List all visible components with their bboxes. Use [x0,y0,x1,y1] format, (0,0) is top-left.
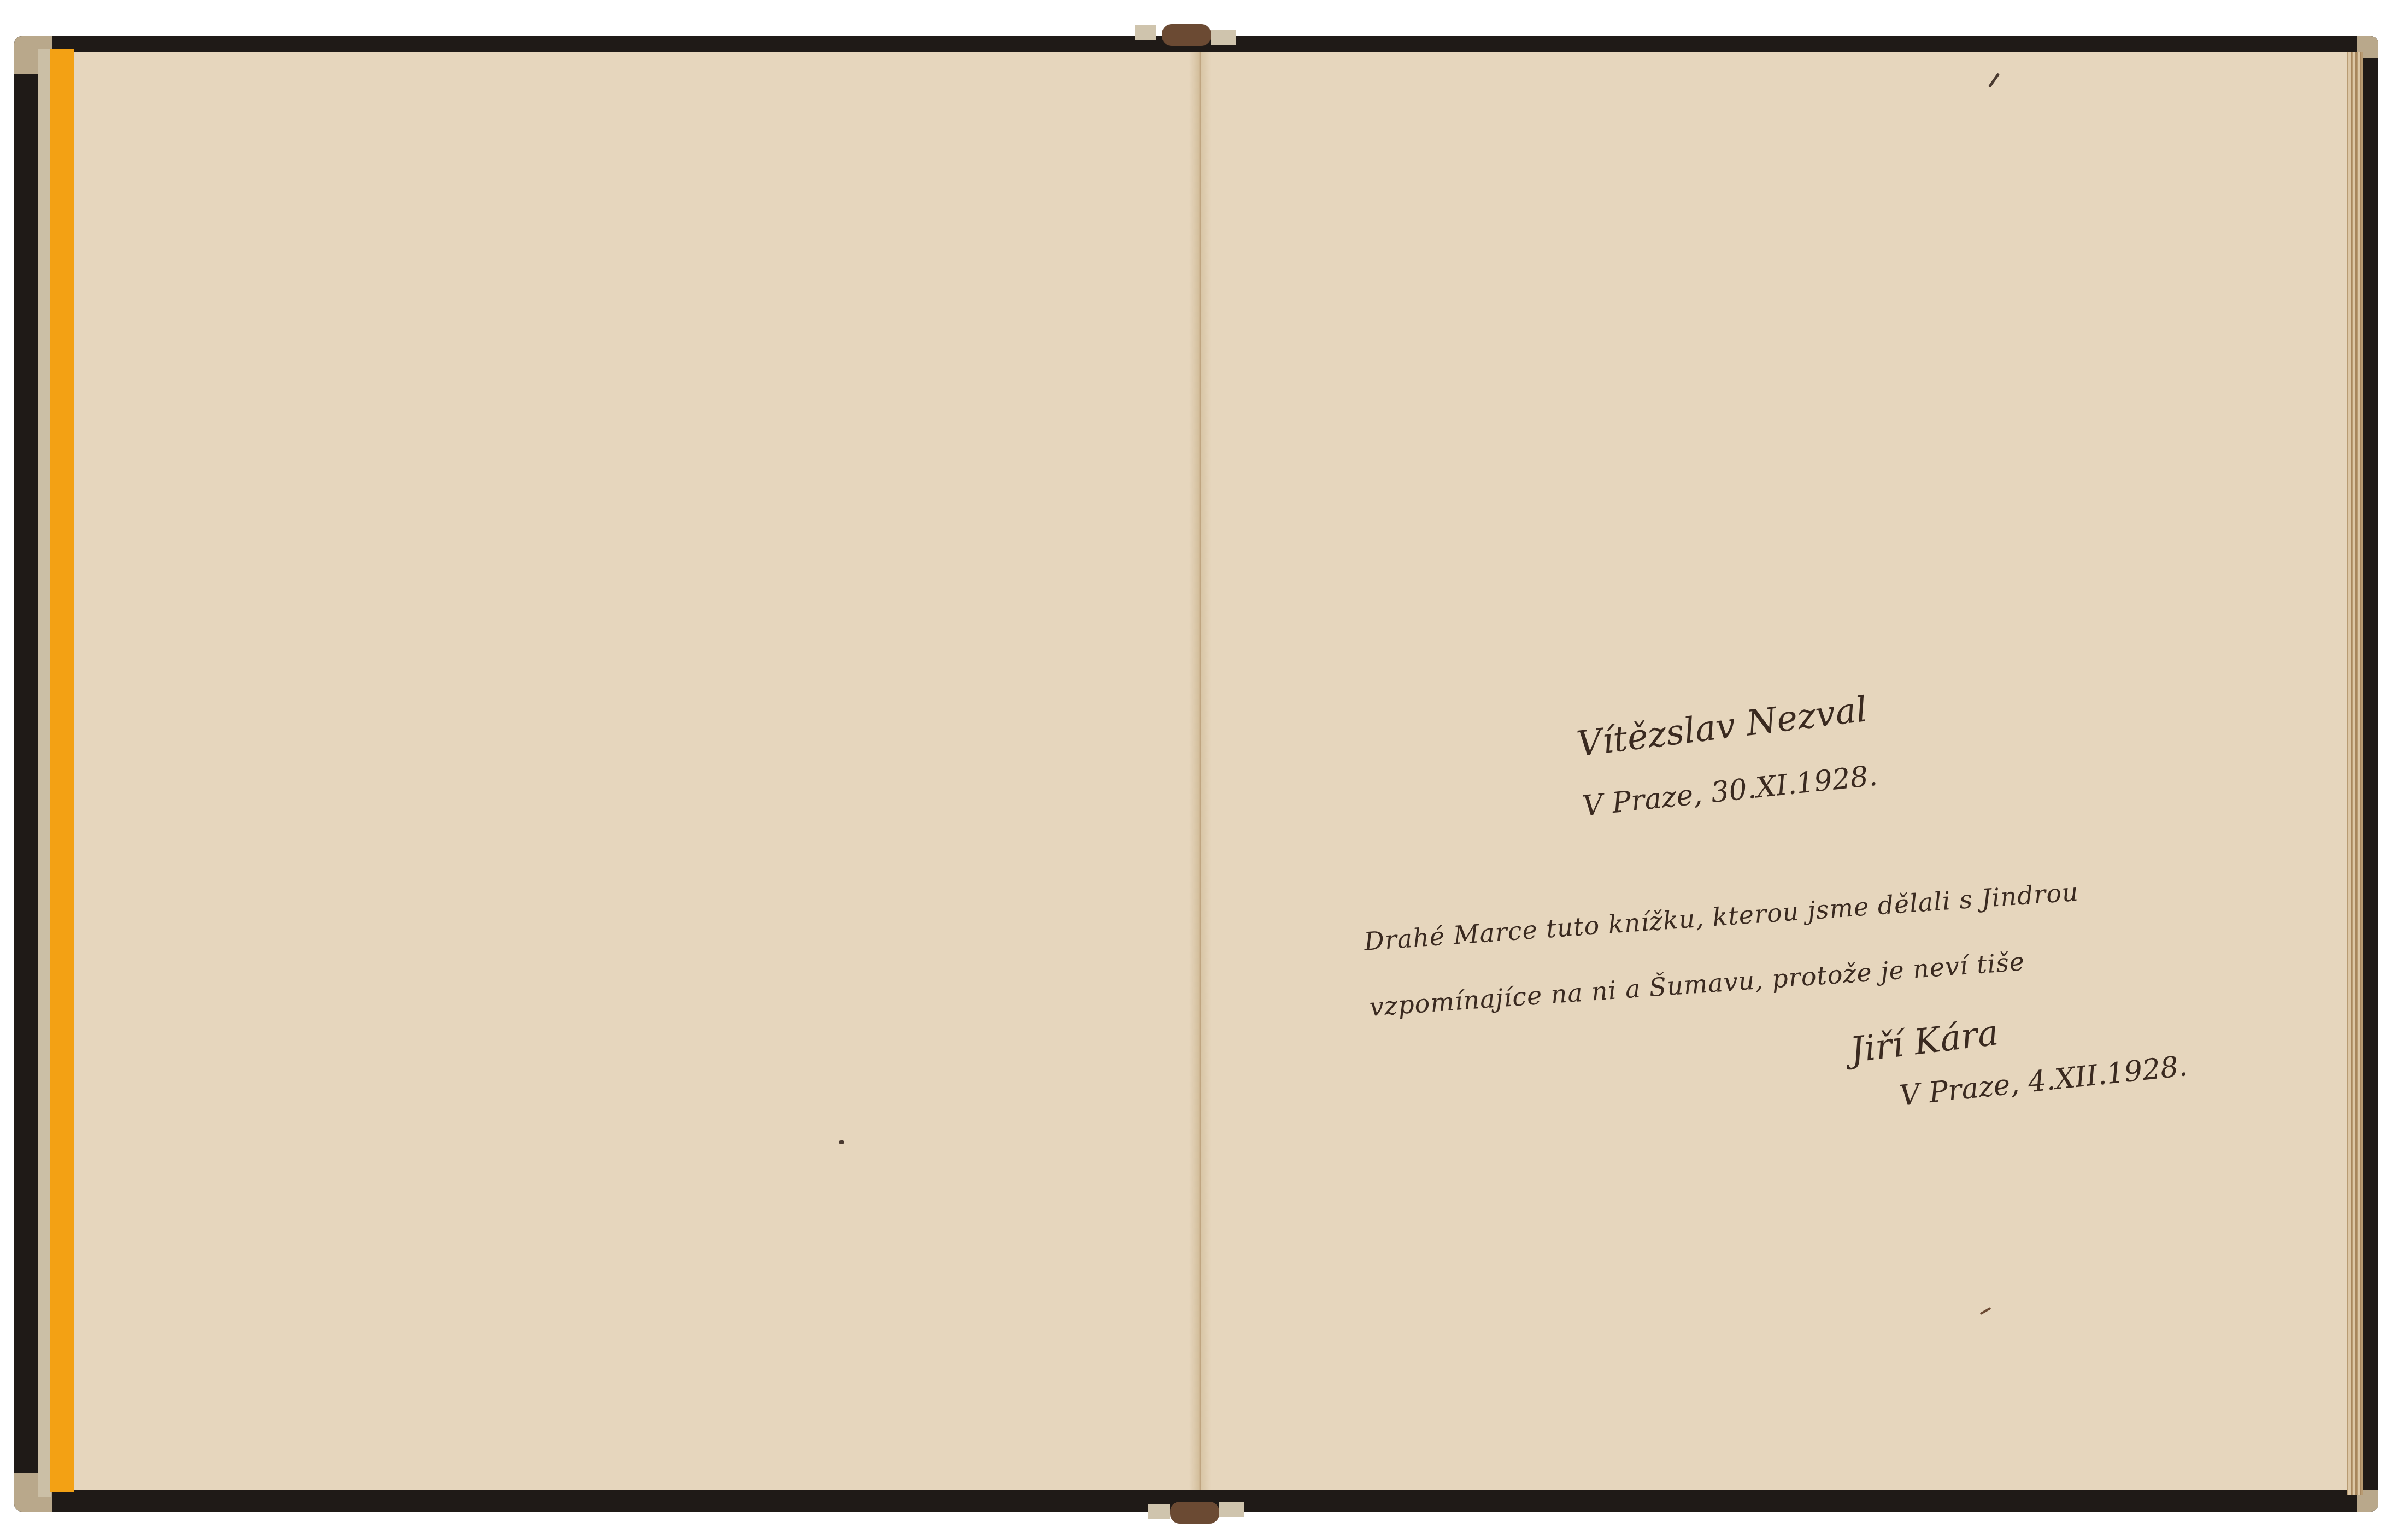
spine-fragment-top-left [1135,25,1156,40]
endpaper-edge [38,49,51,1497]
open-book: Vítězslav Nezval V Praze, 30.XI.1928. Dr… [14,36,2378,1512]
spine-binding-bottom [1170,1502,1219,1524]
book-gutter [1189,52,1211,1490]
inscription-1-signature: Vítězslav Nezval [1574,689,1869,765]
inscription-2-signature: Jiří Kára [1848,1013,2000,1071]
orange-endpaper-strip [50,49,74,1492]
spine-fragment-top-right [1211,30,1236,45]
inscription-1-date: V Praze, 30.XI.1928. [1581,760,1879,823]
spine-fragment-bottom-left [1148,1504,1170,1519]
inscription-2-line-1: Drahé Marce tuto knížku, kterou jsme děl… [1363,877,2079,956]
spine-fragment-bottom-right [1219,1502,1244,1517]
page-edges [2347,52,2363,1495]
left-page [74,52,1200,1490]
spine-binding-top [1162,24,1211,46]
right-page: Vítězslav Nezval V Praze, 30.XI.1928. Dr… [1206,52,2347,1490]
pencil-mark [1988,73,2000,87]
inscription-2-line-2: vzpomínajíce na ni a Šumavu, protože je … [1368,947,2026,1022]
ink-speck [839,1140,844,1144]
pencil-mark [1979,1307,1991,1315]
